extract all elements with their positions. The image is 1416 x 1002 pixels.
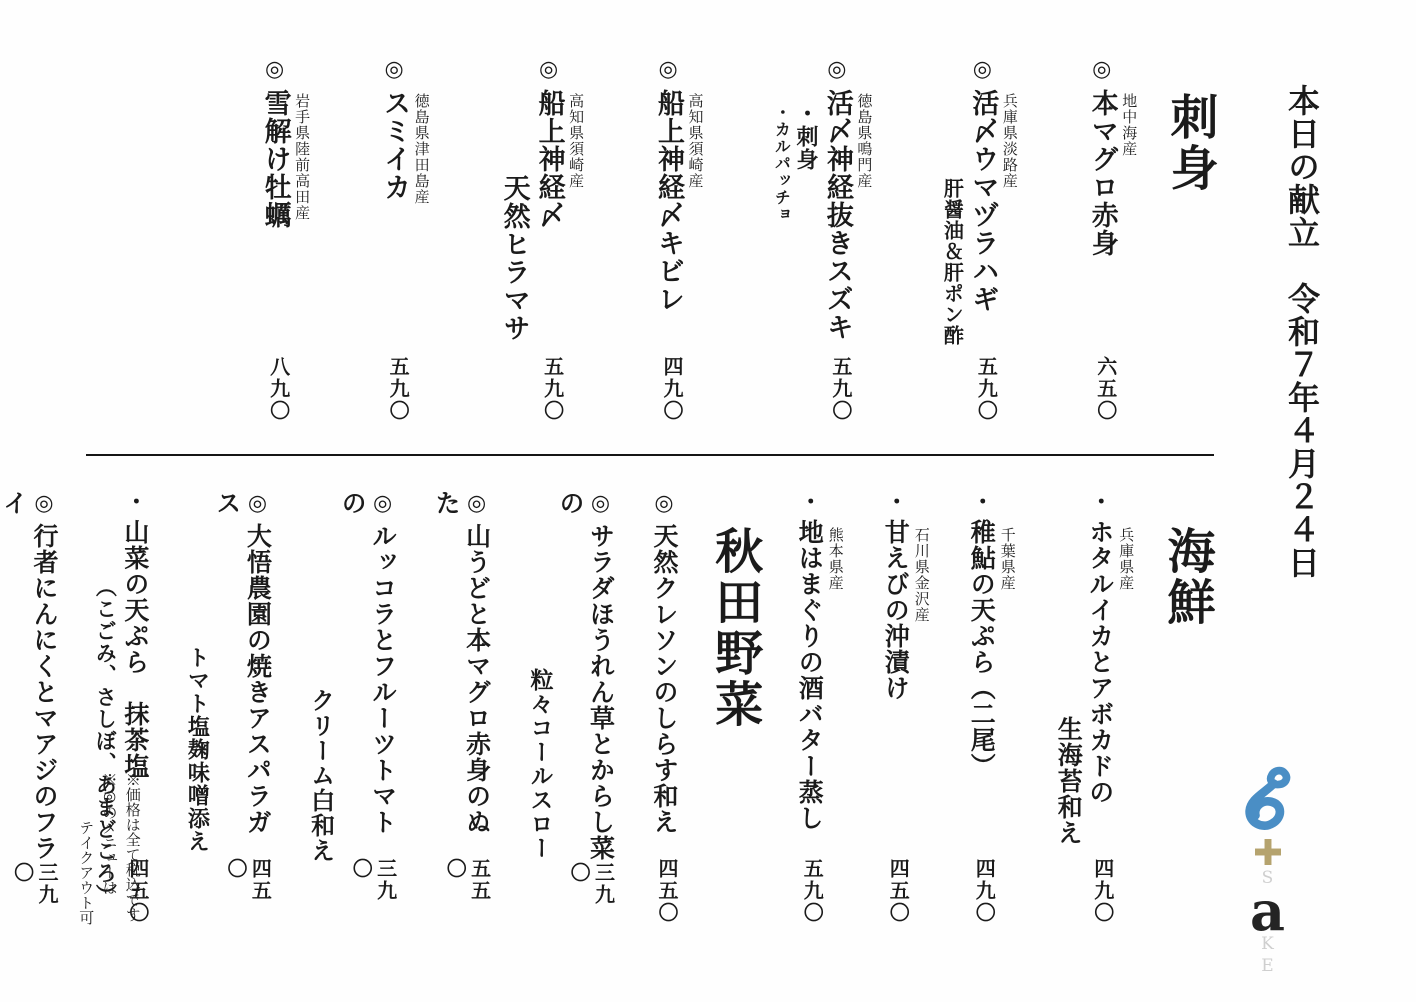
item-subtext: クリーム白和え [305,490,336,924]
item-name: 稚鮎の天ぷら（二尾） [967,513,996,779]
menu-item: 岩手県陸前高田産 ◎雪解け牡蠣 八九〇 [258,56,313,422]
logo-mark-icon [1241,766,1295,834]
restaurant-logo: S a K E [1238,766,1298,975]
item-name: 活〆ウマヅラハギ [967,83,998,313]
footnotes: ※価格は全て税込です ※◎のメニューは テイクアウト可 [74,772,144,987]
item-subtext: 天然ヒラマサ [497,56,532,422]
logo-letter-a: a [1250,892,1286,931]
item-price: 四九〇 [1084,858,1115,924]
item-name: ホタルイカとアボカドの [1086,513,1115,805]
item-marker-icon: ・ [1087,490,1113,513]
item-price: 四五〇 [211,858,272,924]
item-marker-icon: ◎ [655,56,681,83]
item-subtext: 粒々コールスロー [525,490,555,924]
item-price: 五九〇 [794,858,825,924]
item-origin: 高知県須崎産 [684,56,707,422]
item-name: 山菜の天ぷら 抹茶塩 [121,513,150,779]
section-title: 刺身 [1162,56,1216,422]
item-marker-icon: ◎ [381,56,407,83]
section-kaisen-and-vegetables: 海鮮 兵庫県産 ・ホタルイカとアボカドの 四九〇 生海苔和え 千葉県産 ・稚鮎の… [0,490,1213,924]
menu-item: ◎行者にんにくとマアジのフライ 三九〇 [0,490,59,924]
menu-item: ◎大悟農園の焼きアスパラガス 四五〇 トマト塩麹味噌添え [183,490,273,924]
logo-letter-k: K [1261,936,1275,953]
item-price: 五五〇 [431,858,492,924]
item-marker-icon: ・ [796,490,822,513]
item-price: 五九〇 [965,356,998,422]
item-subtext: 肝醤油＆肝ポン酢 [939,56,965,422]
item-origin: 熊本県産 [824,490,847,924]
item-price: 八九〇 [258,356,291,422]
plus-icon [1255,839,1281,865]
item-price: 四九〇 [651,356,684,422]
item-marker-icon: ・ [882,490,908,513]
item-marker-icon: ・ [122,490,148,513]
item-price: 五九〇 [377,356,410,422]
item-marker-icon: ◎ [370,490,396,517]
item-marker-icon: ◎ [1089,56,1115,83]
item-price: 三九〇 [337,858,398,924]
item-price: 四五〇 [649,858,680,924]
section-title: 海鮮 [1159,490,1213,924]
item-name: 船上神経〆 [534,83,565,229]
item-name: 地はまぐりの酒バター蒸し [795,513,824,831]
item-name: 天然クレソンのしらす和え [650,517,679,835]
item-origin: 地中海産 [1118,56,1141,422]
item-price: 四五〇 [880,858,911,924]
item-name: 甘えびの沖漬け [881,513,910,701]
item-marker-icon: ・ [968,490,994,513]
item-origin: 徳島県津田島産 [410,56,433,422]
item-price: 六五〇 [1085,356,1118,422]
menu-item: 徳島県津田島産 ◎スミイカ 五九〇 [377,56,432,422]
section-divider [86,454,1214,456]
menu-item: ◎天然クレソンのしらす和え 四五〇 [649,490,680,924]
menu-item: 石川県金沢産 ・甘えびの沖漬け 四五〇 [880,490,933,924]
item-subtext: 生海苔和え [1052,490,1085,924]
item-price: 三九〇 [555,862,616,924]
footnote-tax: ※価格は全て税込です [121,772,144,987]
menu-item: 高知県須崎産 ◎船上神経〆 五九〇 天然ヒラマサ [497,56,588,422]
item-name: 雪解け牡蠣 [260,83,291,229]
item-origin: 石川県金沢産 [910,490,933,924]
footnote-takeout-1: ※◎のメニューは [97,772,120,987]
menu-item: 兵庫県産 ・ホタルイカとアボカドの 四九〇 生海苔和え [1052,490,1138,924]
menu-item: ◎山うどと本マグロ赤身のぬた 五五〇 [431,490,492,924]
item-marker-icon: ◎ [262,56,288,83]
item-price: 五九〇 [820,356,853,422]
menu-item: 兵庫県淡路産 ◎活〆ウマヅラハギ 五九〇 肝醤油＆肝ポン酢 [939,56,1020,422]
menu-item: ◎サラダほうれん草とからし菜の 三九〇 粒々コールスロー [525,490,616,924]
item-origin: 兵庫県産 [1115,490,1138,924]
item-name: サラダほうれん草とからし菜の [556,490,616,861]
item-name: スミイカ [379,83,410,201]
item-price: 五九〇 [532,356,565,422]
item-marker-icon: ◎ [536,56,562,83]
menu-page: 本日の献立 令和７年４月２４日 S a K E 刺身 地中海産 ◎本マグロ赤身 … [0,0,1416,1002]
item-price: 四九〇 [966,858,997,924]
item-marker-icon: ◎ [31,490,57,517]
menu-item: 地中海産 ◎本マグロ赤身 六五〇 [1085,56,1140,422]
item-marker-icon: ◎ [969,56,995,83]
item-subtext: トマト塩麹味噌添え [183,490,212,924]
logo-letter-e: E [1261,958,1274,975]
item-subtext: ・刺身 [791,56,820,422]
item-origin: 徳島県鳴門産 [853,56,876,422]
item-name: 行者にんにくとマアジのフライ [0,490,59,861]
item-name: 活〆神経抜きスズキ [822,83,853,341]
menu-item: 高知県須崎産 ◎船上神経〆キビレ 四九〇 [651,56,706,422]
item-origin: 千葉県産 [996,490,1019,924]
item-name: 船上神経〆キビレ [653,83,684,313]
item-marker-icon: ◎ [824,56,850,83]
item-origin: 兵庫県淡路産 [998,56,1021,422]
menu-item: 徳島県鳴門産 ◎活〆神経抜きスズキ 五九〇 ・刺身 ・カルパッチョ [771,56,876,422]
item-marker-icon: ◎ [588,490,614,517]
item-price: 三九〇 [0,862,59,924]
item-name: 本マグロ赤身 [1087,83,1118,257]
item-marker-icon: ◎ [651,490,677,517]
item-origin: 岩手県陸前高田産 [291,56,314,422]
menu-item: 千葉県産 ・稚鮎の天ぷら（二尾） 四九〇 [966,490,1019,924]
item-origin: 高知県須崎産 [565,56,588,422]
item-marker-icon: ◎ [244,490,270,517]
item-subtext: ・カルパッチョ [771,56,792,422]
page-title: 本日の献立 令和７年４月２４日 [1280,84,1322,644]
item-marker-icon: ◎ [464,490,490,517]
item-name: 山うどと本マグロ赤身のぬた [432,490,492,835]
item-name: 大悟農園の焼きアスパラガス [213,490,273,835]
item-name: ルッコラとフルーツトマトの [338,490,398,835]
footnote-takeout-2: テイクアウト可 [74,772,97,987]
menu-item: ◎ルッコラとフルーツトマトの 三九〇 クリーム白和え [305,490,397,924]
section-sashimi: 刺身 地中海産 ◎本マグロ赤身 六五〇 兵庫県淡路産 ◎活〆ウマヅラハギ 五九〇… [194,56,1216,422]
section-title: 秋田野菜 [707,490,761,924]
menu-item: 熊本県産 ・地はまぐりの酒バター蒸し 五九〇 [794,490,847,924]
